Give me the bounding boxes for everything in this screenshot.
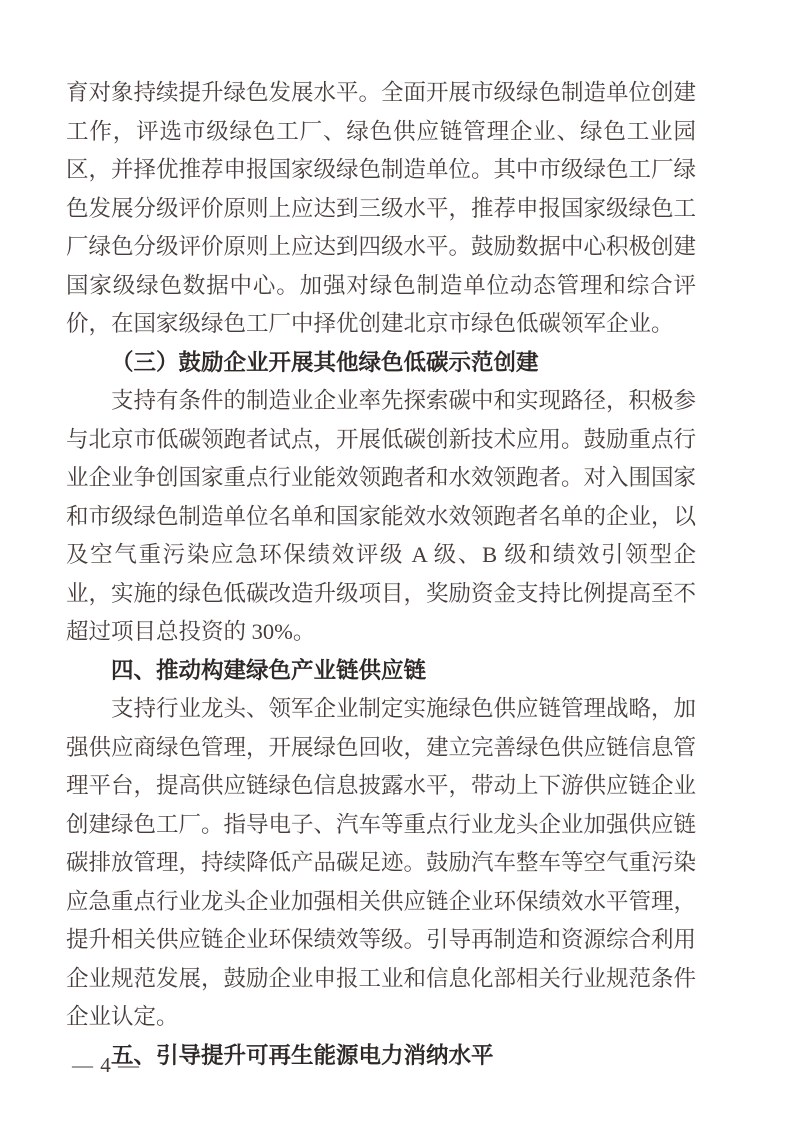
section-heading-four: 四、推动构建绿色产业链供应链 <box>66 652 696 691</box>
document-page: 育对象持续提升绿色发展水平。全面开展市级绿色制造单位创建工作，评选市级绿色工厂、… <box>0 0 800 1131</box>
page-number: — 4 — <box>72 1050 140 1080</box>
paragraph-green-supply-chain: 支持行业龙头、领军企业制定实施绿色供应链管理战略，加强供应商绿色管理，开展绿色回… <box>66 690 696 1037</box>
paragraph-green-manufacturing-continued: 育对象持续提升绿色发展水平。全面开展市级绿色制造单位创建工作，评选市级绿色工厂、… <box>66 74 696 344</box>
section-heading-five: 五、引导提升可再生能源电力消纳水平 <box>66 1037 696 1076</box>
subsection-heading-three: （三）鼓励企业开展其他绿色低碳示范创建 <box>66 344 696 383</box>
paragraph-low-carbon-demonstration: 支持有条件的制造业企业率先探索碳中和实现路径，积极参与北京市低碳领跑者试点，开展… <box>66 382 696 652</box>
document-body: 育对象持续提升绿色发展水平。全面开展市级绿色制造单位创建工作，评选市级绿色工厂、… <box>66 74 696 1075</box>
